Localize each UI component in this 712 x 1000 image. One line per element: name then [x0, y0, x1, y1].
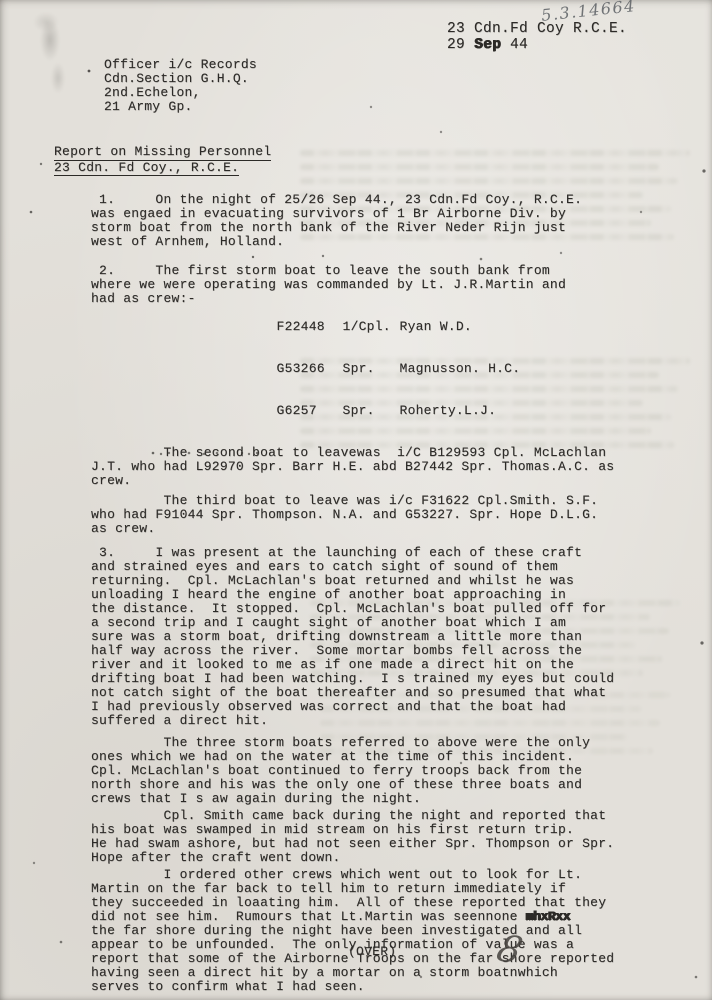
crew-row: F224481/Cpl.Ryan W.D.	[91, 306, 666, 348]
report-body: 1. On the night of 25/26 Sep 44., 23 Cdn…	[91, 193, 666, 994]
date-day: 29	[447, 37, 474, 53]
crew-name: Ryan W.D.	[400, 320, 472, 334]
paragraph-1: 1. On the night of 25/26 Sep 44., 23 Cdn…	[91, 193, 666, 249]
address-line: Cdn.Section G.H.Q.	[104, 72, 257, 86]
crew-row: G6257Spr.Roherty.L.J.	[91, 390, 666, 432]
address-line: 21 Army Gp.	[104, 100, 257, 114]
date-year: 44	[501, 37, 528, 53]
crew-row: G53266Spr.Magnusson. H.C.	[91, 348, 666, 390]
crew-name: Roherty.L.J.	[400, 404, 497, 418]
paper-specks	[0, 0, 2, 2]
smudge-stain	[22, 8, 82, 118]
paragraph-2-head: 2. The first storm boat to leave the sou…	[91, 264, 666, 306]
crew-rank: Spr.	[343, 404, 400, 418]
title-block: Report on Missing Personnel 23 Cdn. Fd C…	[54, 145, 271, 176]
crew-list: F224481/Cpl.Ryan W.D. G53266Spr.Magnusso…	[91, 306, 666, 432]
footer-over-label: (OVER)	[348, 945, 396, 959]
paragraph-3: 3. I was present at the launching of eac…	[91, 546, 666, 728]
address-line: 2nd.Echelon,	[104, 86, 257, 100]
address-line: Officer i/c Records	[104, 58, 257, 72]
paragraph-three-boats: The three storm boats referred to above …	[91, 736, 666, 806]
struck-out-word: mhxRxx	[526, 909, 570, 924]
date-line: 29 Sep 44	[447, 37, 627, 53]
address-block: Officer i/c Records Cdn.Section G.H.Q. 2…	[104, 58, 257, 114]
crew-service-number: G53266	[277, 362, 343, 376]
crew-name: Magnusson. H.C.	[400, 362, 521, 376]
crew-service-number: G6257	[277, 404, 343, 418]
date-month-overstruck: Sep	[474, 37, 501, 53]
crew-service-number: F22448	[277, 320, 343, 334]
crew-rank: 1/Cpl.	[343, 320, 400, 334]
scanned-document-page: 5.3.14664 23 Cdn.Fd Coy R.C.E. 29 Sep 44…	[0, 0, 712, 1000]
paragraph-third-boat: The third boat to leave was i/c F31622 C…	[91, 494, 666, 536]
paragraph-second-boat: The second boat to leavewas i/C B129593 …	[91, 446, 666, 488]
paragraph-search-for-martin: I ordered other crews which went out to …	[91, 868, 666, 994]
paragraph-cpl-smith: Cpl. Smith came back during the night an…	[91, 809, 666, 865]
unit-date-block: 23 Cdn.Fd Coy R.C.E. 29 Sep 44	[447, 21, 627, 53]
report-title: Report on Missing Personnel	[54, 145, 271, 161]
crew-rank: Spr.	[343, 362, 400, 376]
unit-line: 23 Cdn.Fd Coy R.C.E.	[447, 21, 627, 37]
report-subtitle: 23 Cdn. Fd Coy., R.C.E.	[54, 161, 239, 177]
